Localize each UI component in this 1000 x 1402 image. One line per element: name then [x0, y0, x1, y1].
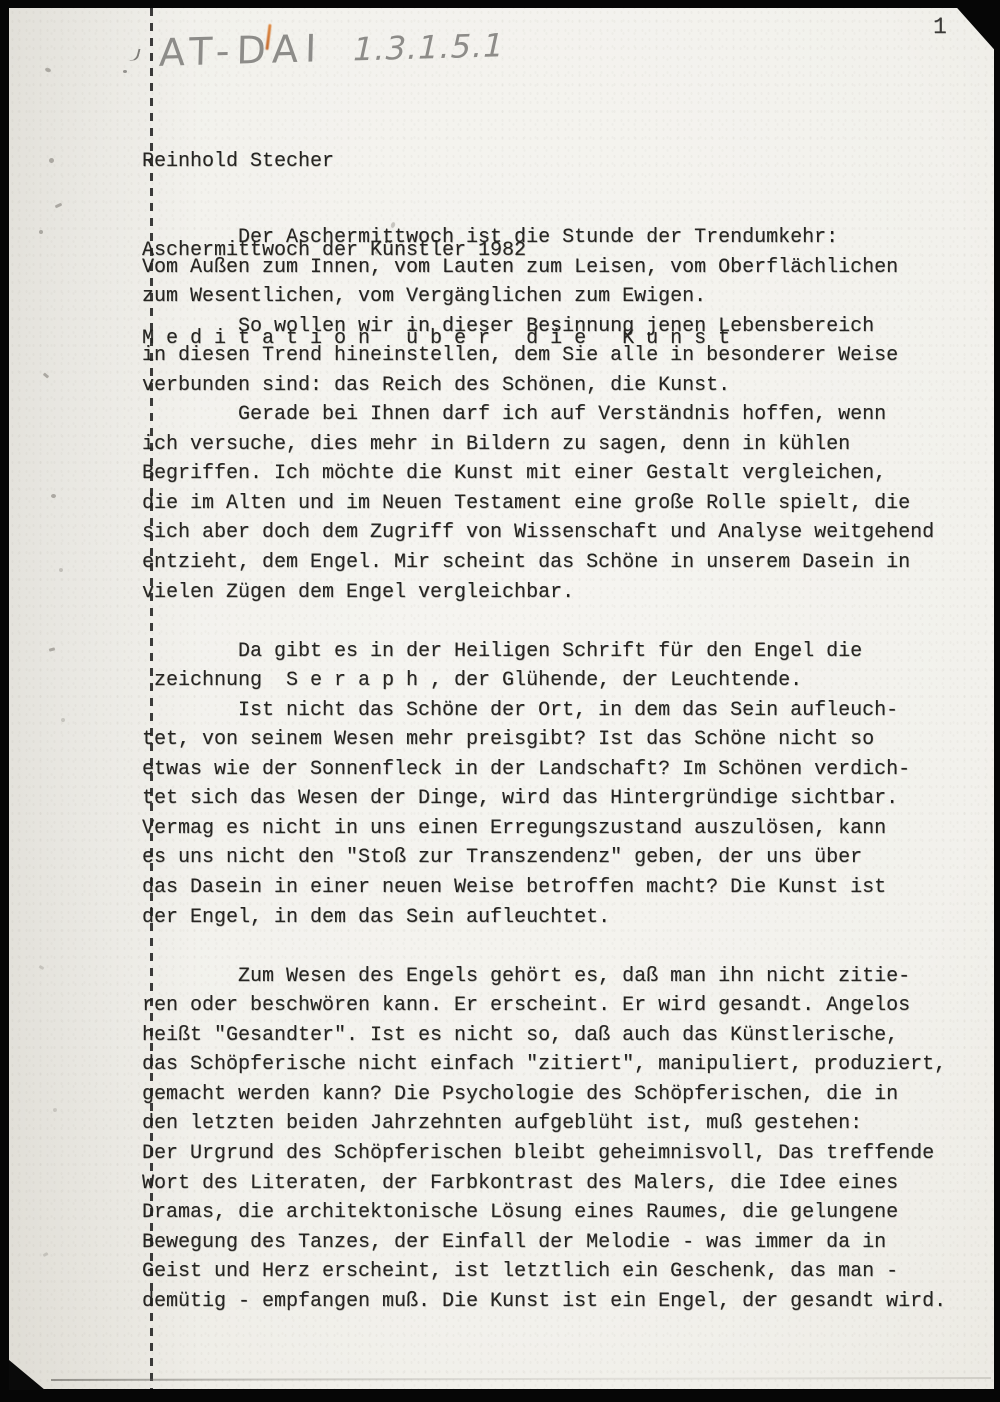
author-line: Reinhold Stecher: [142, 147, 730, 177]
paper-speck: [53, 1108, 57, 1112]
paper-speck: [51, 494, 56, 498]
paper-speck: [49, 647, 56, 651]
paper-speck: [49, 158, 54, 163]
paper-speck: [39, 230, 43, 234]
paper-speck: [43, 372, 50, 378]
archive-code-handwritten: AT-DAI 1.3.1.5.1: [159, 21, 506, 75]
paper-speck: [39, 965, 45, 970]
pencil-comma-mark: [129, 47, 140, 63]
archive-code-number: 1.3.1.5.1: [353, 26, 505, 68]
paper-speck: [61, 718, 65, 722]
paper-speck: [55, 203, 63, 209]
paper-speck: [59, 568, 63, 572]
scanned-document: 1 AT-DAI 1.3.1.5.1 Reinhold Stecher Asch…: [0, 0, 1000, 1402]
scanned-page: 1 AT-DAI 1.3.1.5.1 Reinhold Stecher Asch…: [9, 8, 994, 1389]
pencil-dot-mark: [123, 70, 127, 73]
archive-code-letters: AT-DAI: [159, 26, 324, 75]
typed-body-text: Der Aschermittwoch ist die Stunde der Tr…: [142, 223, 946, 1316]
paper-speck: [44, 67, 51, 73]
bottom-crease-line: [51, 1377, 991, 1381]
paper-speck: [375, 251, 378, 254]
paper-speck: [43, 1252, 49, 1257]
page-number: 1: [933, 14, 947, 40]
